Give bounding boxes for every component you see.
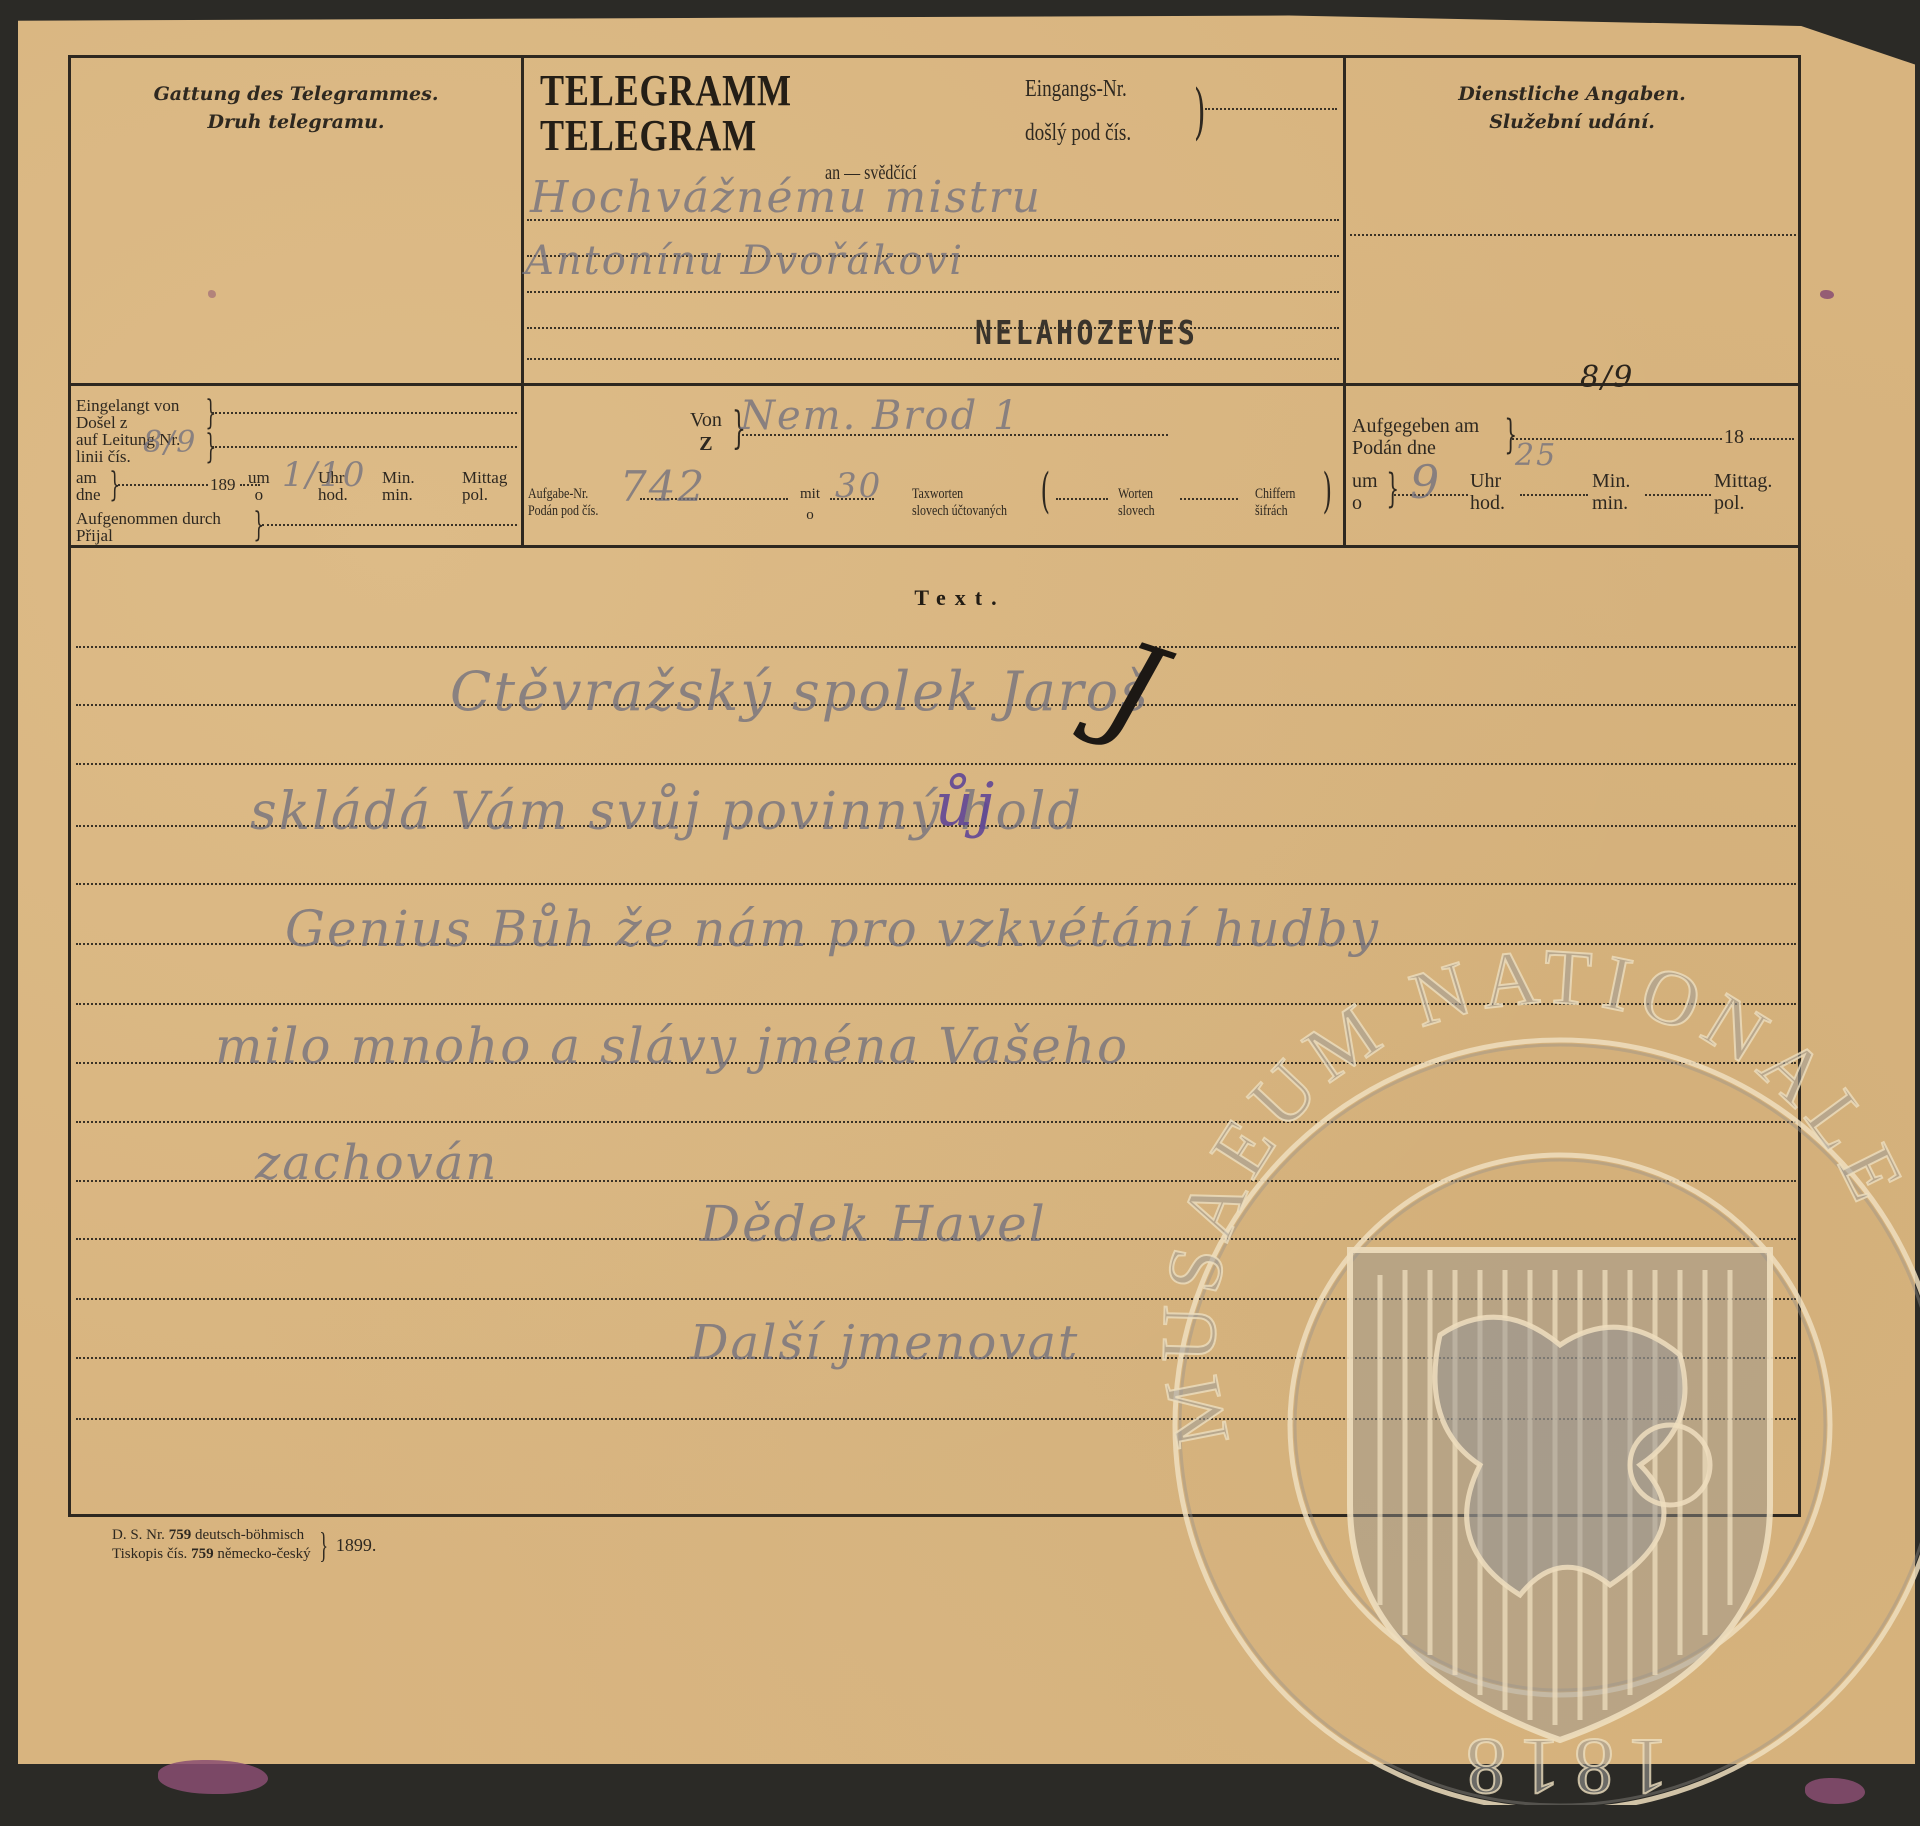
text-line[interactable] (76, 1003, 1796, 1005)
handwritten-message-line-3: Genius Bůh že nám pro vzkvétání hudby (285, 900, 1380, 958)
text-line[interactable] (76, 763, 1796, 765)
handwritten-message-line-5: zachován (255, 1135, 498, 1191)
addressee-line-4[interactable] (527, 327, 1339, 329)
minute-label: Min. min. (382, 469, 415, 503)
received-by-label: Aufgenommen durch Přijal (76, 510, 221, 544)
words-field[interactable] (1056, 498, 1108, 500)
handwritten-addressee-1: Hoch­vážnému mistru (530, 172, 1042, 223)
brace: } (319, 1536, 328, 1555)
submitted-midday-label: Mittag. pol. (1714, 470, 1772, 514)
handwritten-message-line-4: milo mnoho a slávy jména Vašeho (215, 1017, 1129, 1075)
telegram-title-cz: TELEGRAM (540, 113, 757, 159)
date-field[interactable] (118, 484, 208, 486)
telegram-title-de: TELEGRAMM (540, 68, 792, 114)
handwritten-submitted-hour: 9 (1410, 455, 1441, 509)
brace: } (1386, 472, 1399, 506)
tax-words-label: Taxworten slovech účtovaných (912, 486, 1031, 520)
ink-stain (158, 1760, 268, 1794)
column-divider-left (521, 55, 524, 547)
addressee-line-5[interactable] (527, 358, 1339, 360)
submitted-at-label: um o (1352, 470, 1378, 514)
service-info-line[interactable] (1350, 234, 1796, 236)
from-label: Von Z (690, 408, 722, 456)
text-section-title: Text. (0, 585, 1920, 611)
line-number-field[interactable] (212, 446, 517, 448)
submitted-midday-field[interactable] (1645, 494, 1711, 496)
time-label: um o (248, 469, 270, 503)
date-label: am dne (76, 469, 101, 503)
form-footer: D. S. Nr. 759 deutsch-böhmisch Tiskopis … (112, 1526, 376, 1564)
handwritten-message-line-1: Ctěvražský spolek Jaroš (450, 660, 1150, 723)
handwritten-purple-correction: ůj (935, 770, 996, 840)
received-by-field[interactable] (262, 524, 517, 526)
row-divider-1 (68, 383, 1801, 386)
place-stamp: NELAHOZEVES (975, 313, 1198, 352)
handwritten-signature-1: Dědek Havel (700, 1195, 1047, 1253)
with-label: mit o (800, 486, 820, 524)
handwritten-receipt-date: 8/9 (143, 425, 197, 460)
submitted-hour-label: Uhr hod. (1470, 470, 1505, 514)
brace: ) (1323, 474, 1332, 508)
hour-label: Uhr hod. (318, 469, 348, 503)
text-line[interactable] (76, 1298, 1796, 1300)
brace: ( (1041, 474, 1050, 508)
ink-stain (1805, 1778, 1865, 1804)
submitted-year-prefix: 18 (1724, 426, 1744, 448)
midday-label: Mittag pol. (462, 469, 507, 503)
submitted-year-field[interactable] (1750, 438, 1794, 440)
ink-stain (1820, 290, 1834, 299)
text-line[interactable] (76, 883, 1796, 885)
row-divider-2 (68, 545, 1801, 548)
submitted-minute-label: Min. min. (1592, 470, 1630, 514)
addressee-line-3[interactable] (527, 291, 1339, 293)
ciphers-label: Chiffern šifrách (1255, 486, 1306, 520)
text-line[interactable] (76, 1121, 1796, 1123)
handwritten-word-count: 30 (835, 466, 882, 506)
words-label: Worten slovech (1118, 486, 1164, 520)
telegram-type-label: Gattung des Telegrammes. Druh telegramu. (72, 80, 520, 136)
service-info-label: Dienstliche Angaben. Služební udání. (1346, 80, 1798, 136)
handwritten-submitted-minute: 25 (1515, 438, 1557, 473)
ciphers-field[interactable] (1180, 498, 1238, 500)
handwritten-addressee-2: Antonínu Dvořákovi (525, 238, 964, 284)
year-prefix: 189 (210, 476, 236, 493)
handwritten-submitted-date: 8/9 (1580, 360, 1634, 395)
submitted-on-label: Aufgegeben am Podán dne (1352, 415, 1479, 459)
incoming-number-field[interactable] (1205, 108, 1337, 110)
text-line[interactable] (76, 646, 1796, 648)
submitted-minute-field[interactable] (1520, 494, 1588, 496)
handwritten-signature-2: Další jmenovat (690, 1315, 1079, 1371)
handwritten-submission-number: 742 (620, 462, 706, 511)
handwritten-origin: Nem. Brod 1 (740, 393, 1020, 439)
brace: ) (1194, 72, 1206, 152)
incoming-number-label-cz: došlý pod čís. (1025, 122, 1158, 144)
incoming-number-label-de: Eingangs-Nr. (1025, 78, 1152, 100)
received-from-field[interactable] (212, 412, 517, 414)
submission-number-label: Aufgabe-Nr. Podán pod čís. (528, 486, 616, 520)
text-line[interactable] (76, 1418, 1796, 1420)
